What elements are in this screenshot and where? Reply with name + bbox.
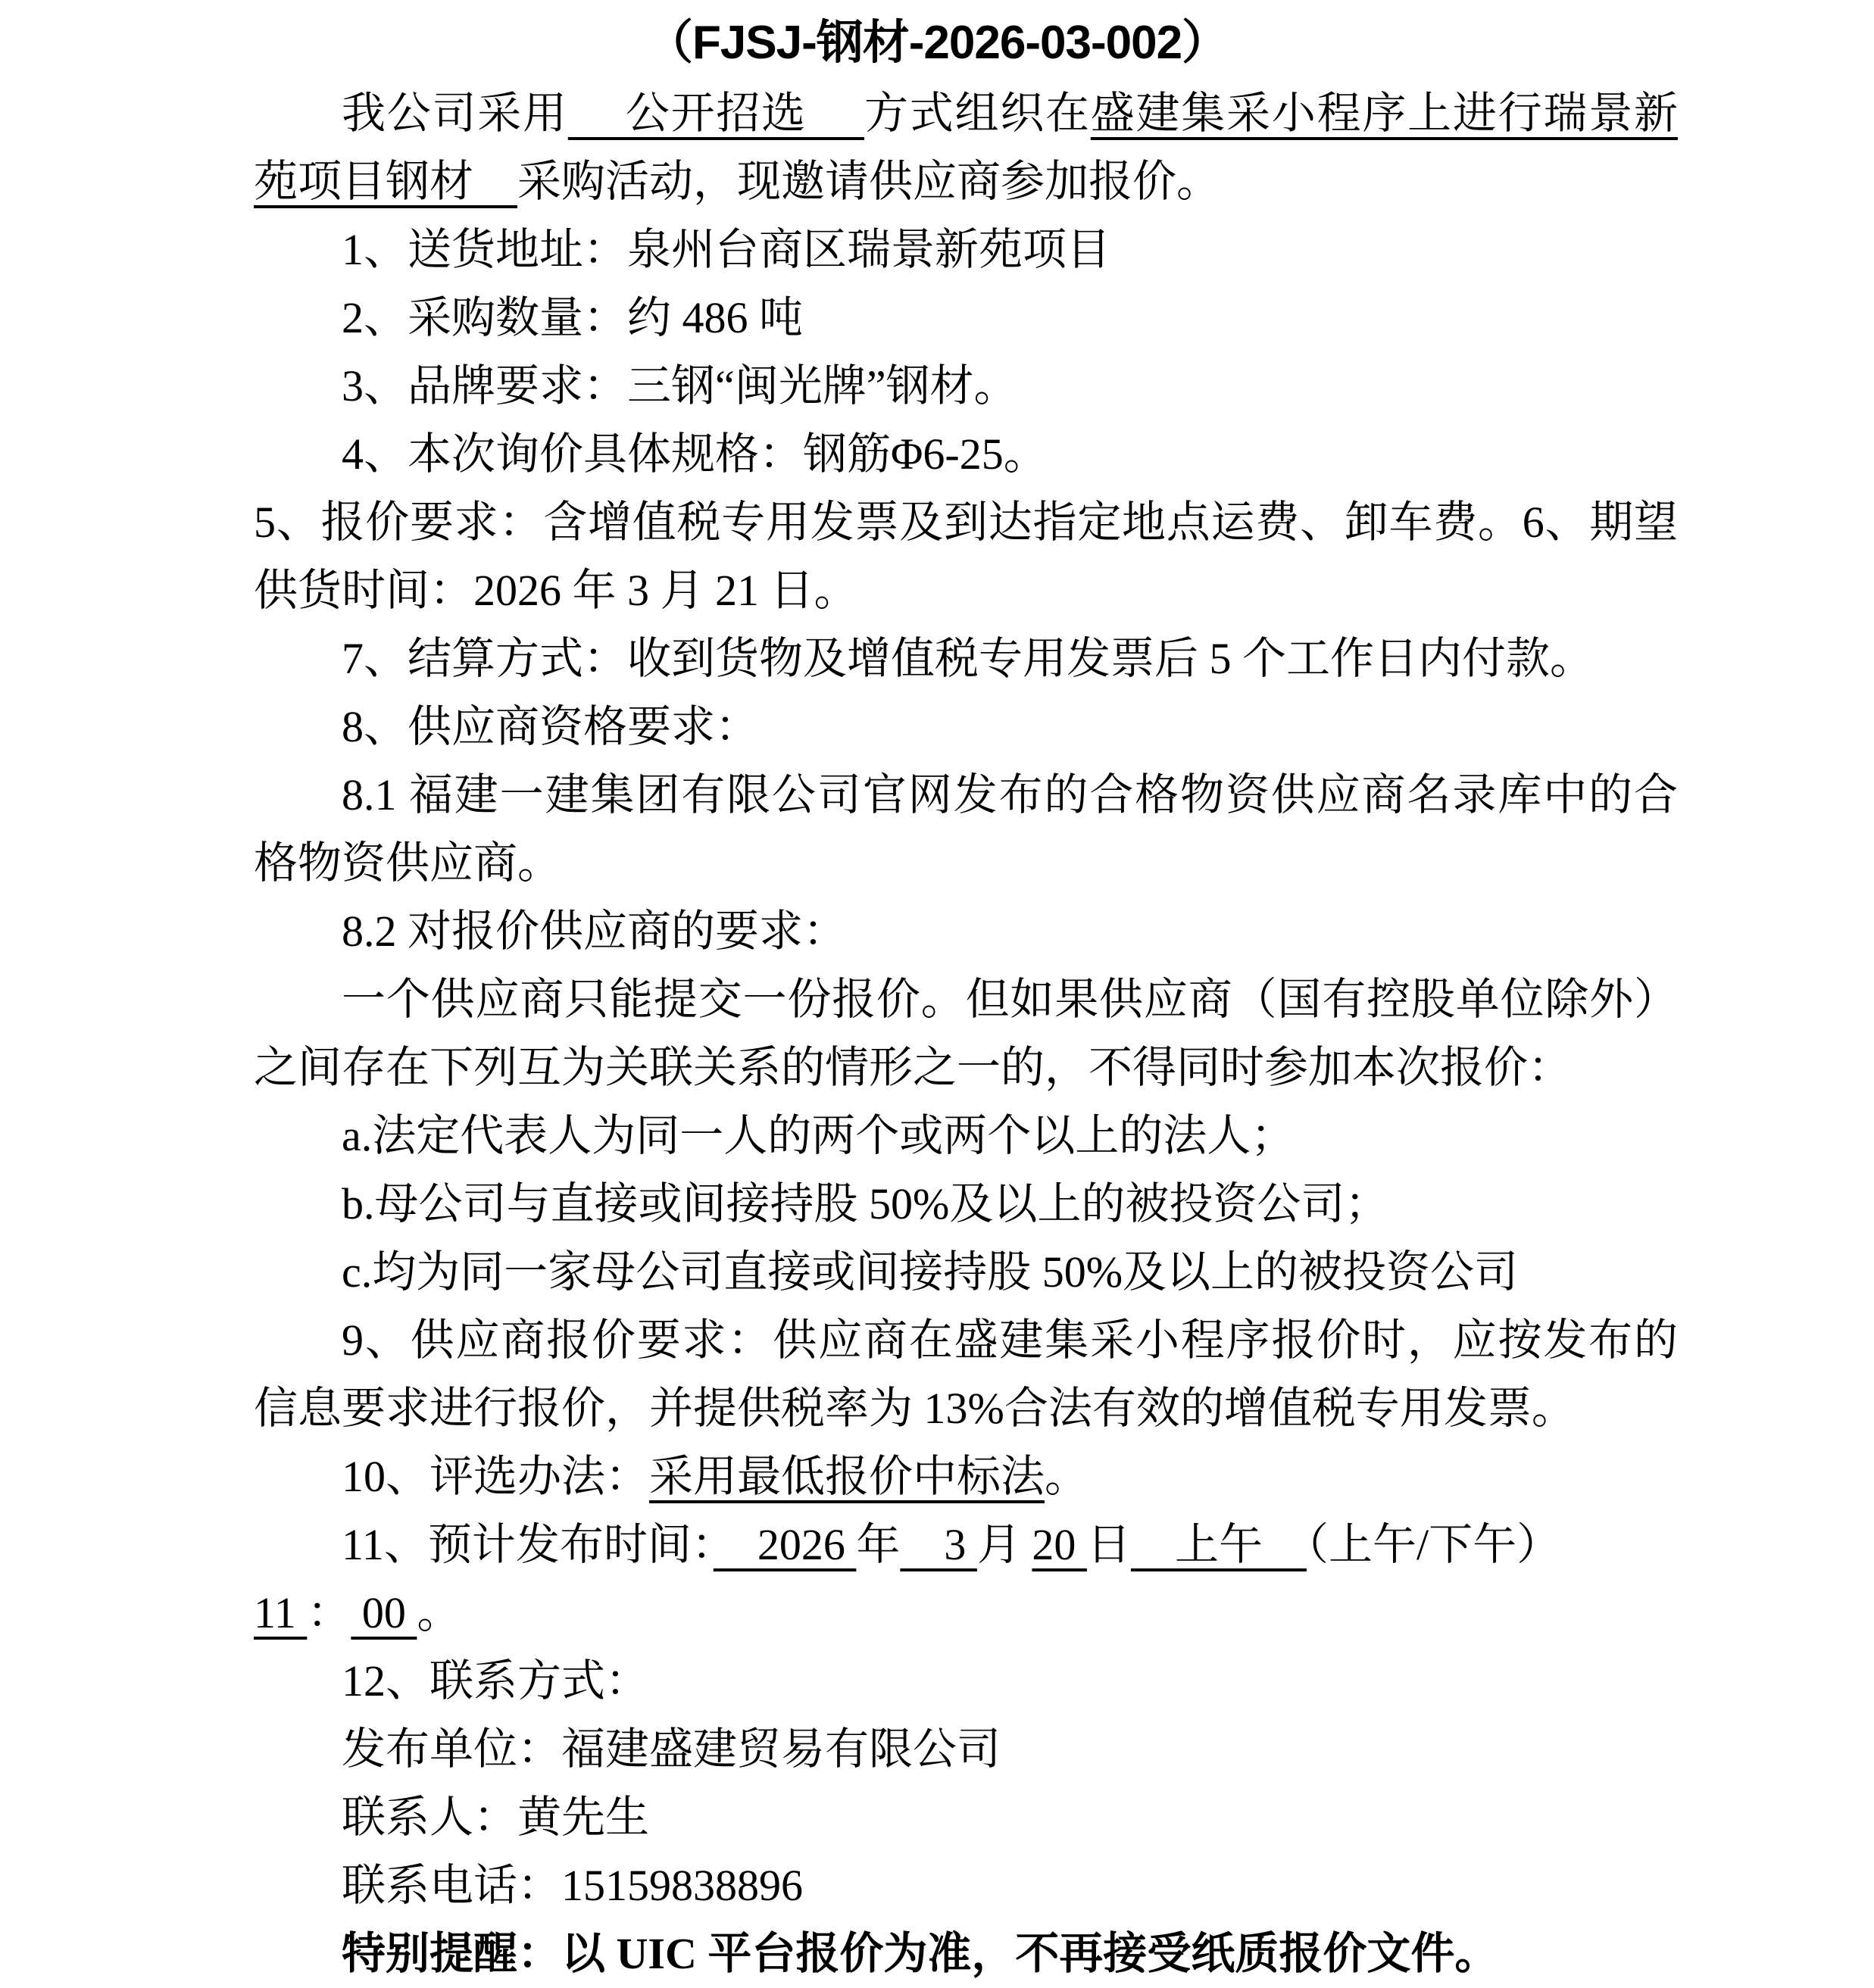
publish-day-unit: 日 (1087, 1520, 1131, 1569)
document-page: （FJSJ-钢材-2026-03-002） 我公司采用 公开招选 方式组织在盛建… (0, 0, 1874, 1988)
supplier-single-quote-rule: 一个供应商只能提交一份报价。但如果供应商（国有控股单位除外）之间存在下列互为关联… (254, 966, 1678, 1102)
item-4-specification: 4、本次询价具体规格：钢筋Φ6-25。 (254, 420, 1678, 488)
publish-time-separator: ： (307, 1588, 351, 1637)
item-5-6-quote-requirement-and-delivery-time: 5、报价要求：含增值税专用发票及到达指定地点运费、卸车费。6、期望供货时间：20… (254, 488, 1678, 625)
publish-month-unit: 月 (977, 1520, 1032, 1569)
item-1-delivery-address: 1、送货地址：泉州台商区瑞景新苑项目 (254, 216, 1678, 284)
item-8-supplier-qualification: 8、供应商资格要求： (254, 693, 1678, 761)
item-3-brand-requirement: 3、品牌要求：三钢“闽光牌”钢材。 (254, 352, 1678, 420)
item-12-contact-info: 12、联系方式： (254, 1647, 1678, 1715)
selection-method-label: 10、评选办法： (342, 1452, 649, 1501)
publish-month-blank: 3 (900, 1520, 977, 1569)
publish-hour-blank: 11 (254, 1588, 307, 1637)
selection-method-underline: 采用最低报价中标法 (649, 1452, 1045, 1501)
document-title: （FJSJ-钢材-2026-03-002） (225, 6, 1649, 80)
publisher-unit: 发布单位：福建盛建贸易有限公司 (254, 1715, 1678, 1784)
contact-phone: 联系电话：15159838896 (254, 1852, 1678, 1920)
item-11-publish-time: 11、预计发布时间： 2026 年 3 月 20 日 上午 （上午/下午） (254, 1511, 1678, 1579)
item-8-2-bidder-requirement: 8.2 对报价供应商的要求： (254, 897, 1678, 966)
contact-person: 联系人：黄先生 (254, 1784, 1678, 1852)
publish-ampm-note: （上午/下午） (1307, 1520, 1560, 1569)
item-7-settlement-method: 7、结算方式：收到货物及增值税专用发票后 5 个工作日内付款。 (254, 625, 1678, 693)
selection-method-period: 。 (1045, 1452, 1088, 1501)
publish-day-blank: 20 (1032, 1520, 1087, 1569)
publish-year-blank: 2026 (714, 1520, 857, 1569)
publish-clock-time: 11 ： 00 。 (254, 1579, 1678, 1647)
item-9-supplier-quote-requirement: 9、供应商报价要求：供应商在盛建集采小程序报价时，应按发布的信息要求进行报价，并… (254, 1306, 1678, 1443)
publish-minute-blank: 00 (351, 1588, 417, 1637)
item-2-quantity: 2、采购数量：约 486 吨 (254, 284, 1678, 352)
intro-paragraph: 我公司采用 公开招选 方式组织在盛建集采小程序上进行瑞景新苑项目钢材 采购活动，… (254, 80, 1678, 216)
item-8-1-qualified-supplier-list: 8.1 福建一建集团有限公司官网发布的合格物资供应商名录库中的合格物资供应商。 (254, 761, 1678, 897)
rule-c-same-parent-company: c.均为同一家母公司直接或间接持股 50%及以上的被投资公司 (254, 1238, 1678, 1306)
intro-text-post: 采购活动，现邀请供应商参加报价。 (517, 157, 1220, 206)
publish-time-period: 。 (417, 1588, 461, 1637)
rule-a-same-legal-representative: a.法定代表人为同一人的两个或两个以上的法人； (254, 1102, 1678, 1170)
intro-text-pre: 我公司采用 (342, 89, 568, 138)
intro-text-mid: 方式组织在 (864, 89, 1091, 138)
special-notice: 特别提醒：以 UIC 平台报价为准，不再接受纸质报价文件。 (254, 1920, 1678, 1988)
item-10-selection-method: 10、评选办法：采用最低报价中标法。 (254, 1443, 1678, 1511)
procurement-method-blank: 公开招选 (568, 89, 864, 138)
publish-time-label: 11、预计发布时间： (342, 1520, 714, 1569)
publish-year-unit: 年 (856, 1520, 900, 1569)
publish-ampm-blank: 上午 (1131, 1520, 1307, 1569)
rule-b-parent-company-shareholding: b.母公司与直接或间接持股 50%及以上的被投资公司； (254, 1170, 1678, 1238)
